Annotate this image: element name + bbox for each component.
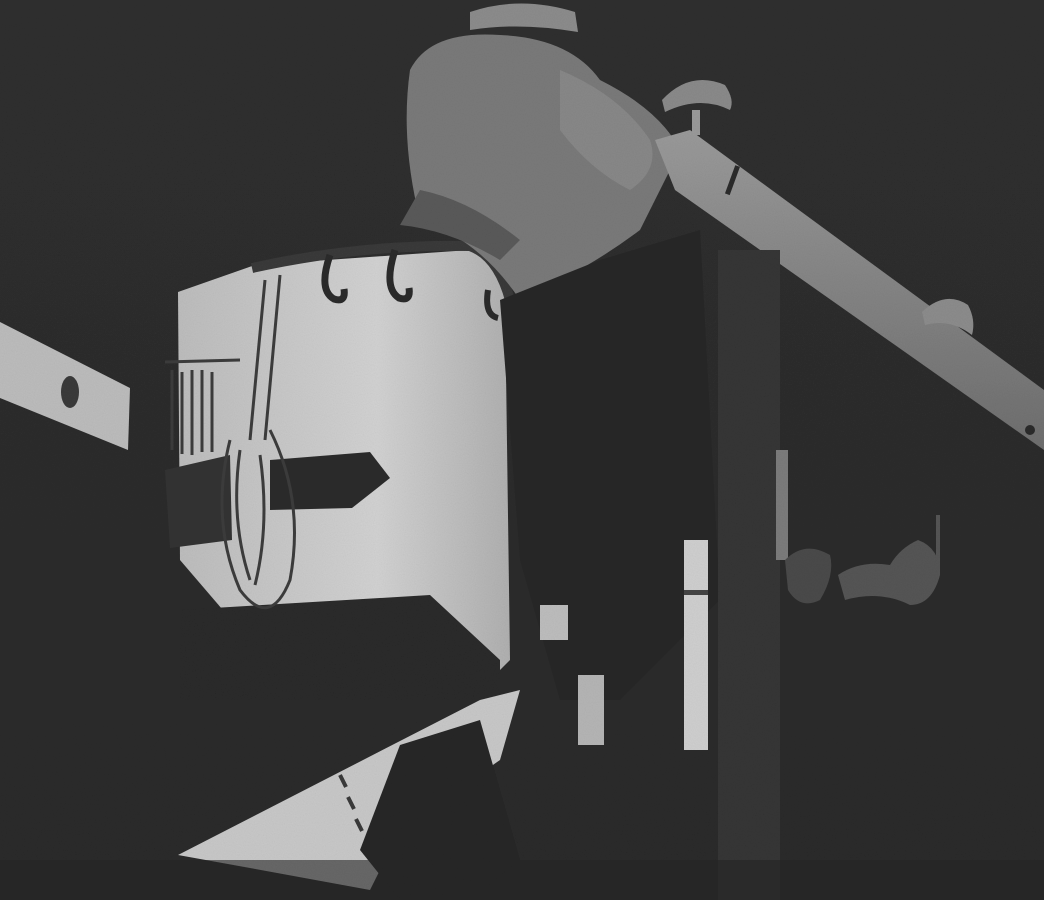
lit-patch (540, 605, 568, 640)
photo-scene (0, 0, 1044, 900)
insulator-pin (692, 110, 700, 135)
crossarm-bolt-hole (1025, 425, 1035, 435)
lower-shadow (0, 860, 1044, 900)
beam-bolt (61, 376, 79, 408)
bright-strip-divider (684, 590, 708, 595)
pole-hardware-rod (936, 515, 940, 575)
pole-edge-highlight (776, 450, 788, 560)
bright-strip (684, 540, 708, 750)
utility-pole (718, 250, 780, 900)
lit-patch (578, 675, 604, 745)
photograph: Utility lineworker in an aerial bucket w… (0, 0, 1044, 900)
